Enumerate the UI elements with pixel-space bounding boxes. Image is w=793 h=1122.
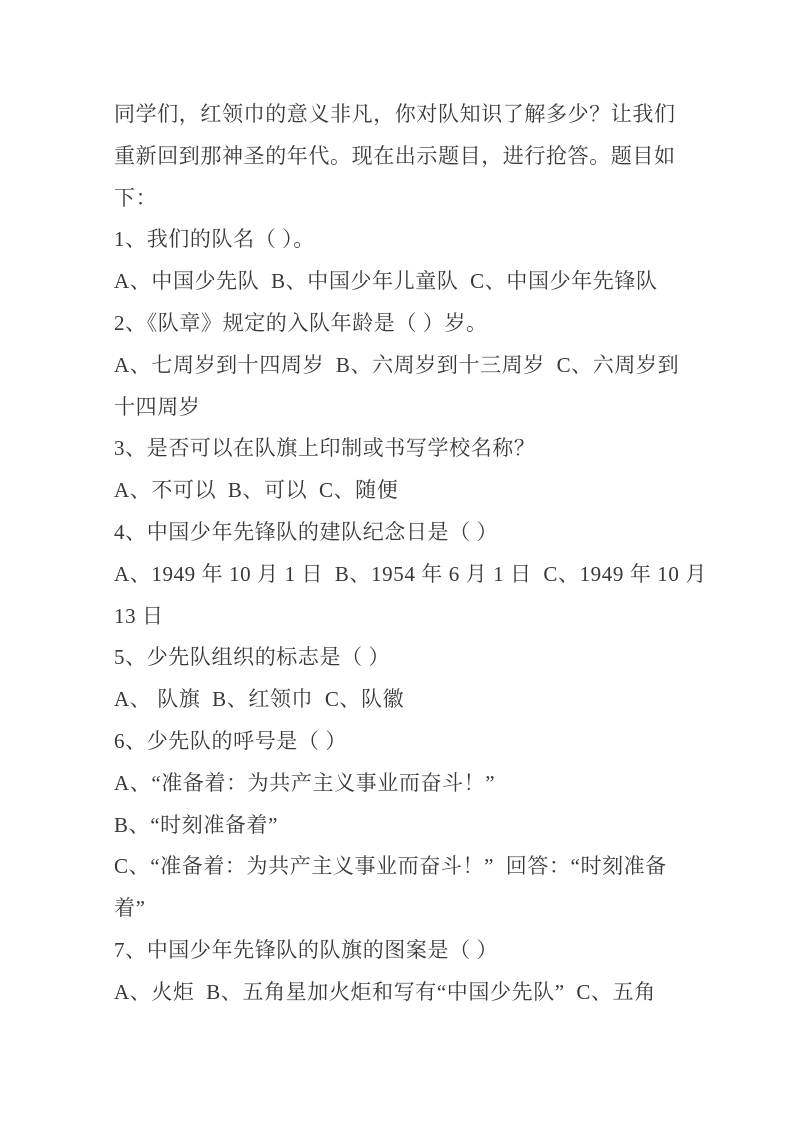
text-line: 6、少先队的呼号是（ ） [114, 721, 694, 763]
text-line: C、“准备着：为共产主义事业而奋斗！” 回答：“时刻准备 [114, 846, 694, 888]
text-line: 7、中国少年先锋队的队旗的图案是（ ） [114, 930, 694, 972]
text-line: B、“时刻准备着” [114, 805, 694, 847]
text-line: 2、《队章》规定的入队年龄是（ ）岁。 [114, 303, 694, 345]
text-line: 着” [114, 888, 694, 930]
text-line: 同学们，红领巾的意义非凡，你对队知识了解多少？让我们 [114, 94, 694, 136]
text-line: A、中国少先队 B、中国少年儿童队 C、中国少年先锋队 [114, 261, 694, 303]
document-body: 同学们，红领巾的意义非凡，你对队知识了解多少？让我们重新回到那神圣的年代。现在出… [114, 94, 694, 1014]
text-line: A、不可以 B、可以 C、随便 [114, 470, 694, 512]
text-line: 1、我们的队名（ ）。 [114, 219, 694, 261]
text-line: 十四周岁 [114, 387, 694, 429]
text-line: A、七周岁到十四周岁 B、六周岁到十三周岁 C、六周岁到 [114, 345, 694, 387]
text-line: 重新回到那神圣的年代。现在出示题目，进行抢答。题目如 [114, 136, 694, 178]
text-line: A、“准备着：为共产主义事业而奋斗！” [114, 763, 694, 805]
text-line: A、 队旗 B、红领巾 C、队徽 [114, 679, 694, 721]
text-line: 5、少先队组织的标志是（ ） [114, 637, 694, 679]
text-line: A、火炬 B、五角星加火炬和写有“中国少先队” C、五角 [114, 972, 694, 1014]
text-line: 13 日 [114, 596, 694, 638]
document-page: 同学们，红领巾的意义非凡，你对队知识了解多少？让我们重新回到那神圣的年代。现在出… [0, 0, 793, 1122]
text-line: 4、中国少年先锋队的建队纪念日是（ ） [114, 512, 694, 554]
text-line: 3、是否可以在队旗上印制或书写学校名称？ [114, 428, 694, 470]
text-line: 下： [114, 178, 694, 220]
text-line: A、1949 年 10 月 1 日 B、1954 年 6 月 1 日 C、194… [114, 554, 694, 596]
